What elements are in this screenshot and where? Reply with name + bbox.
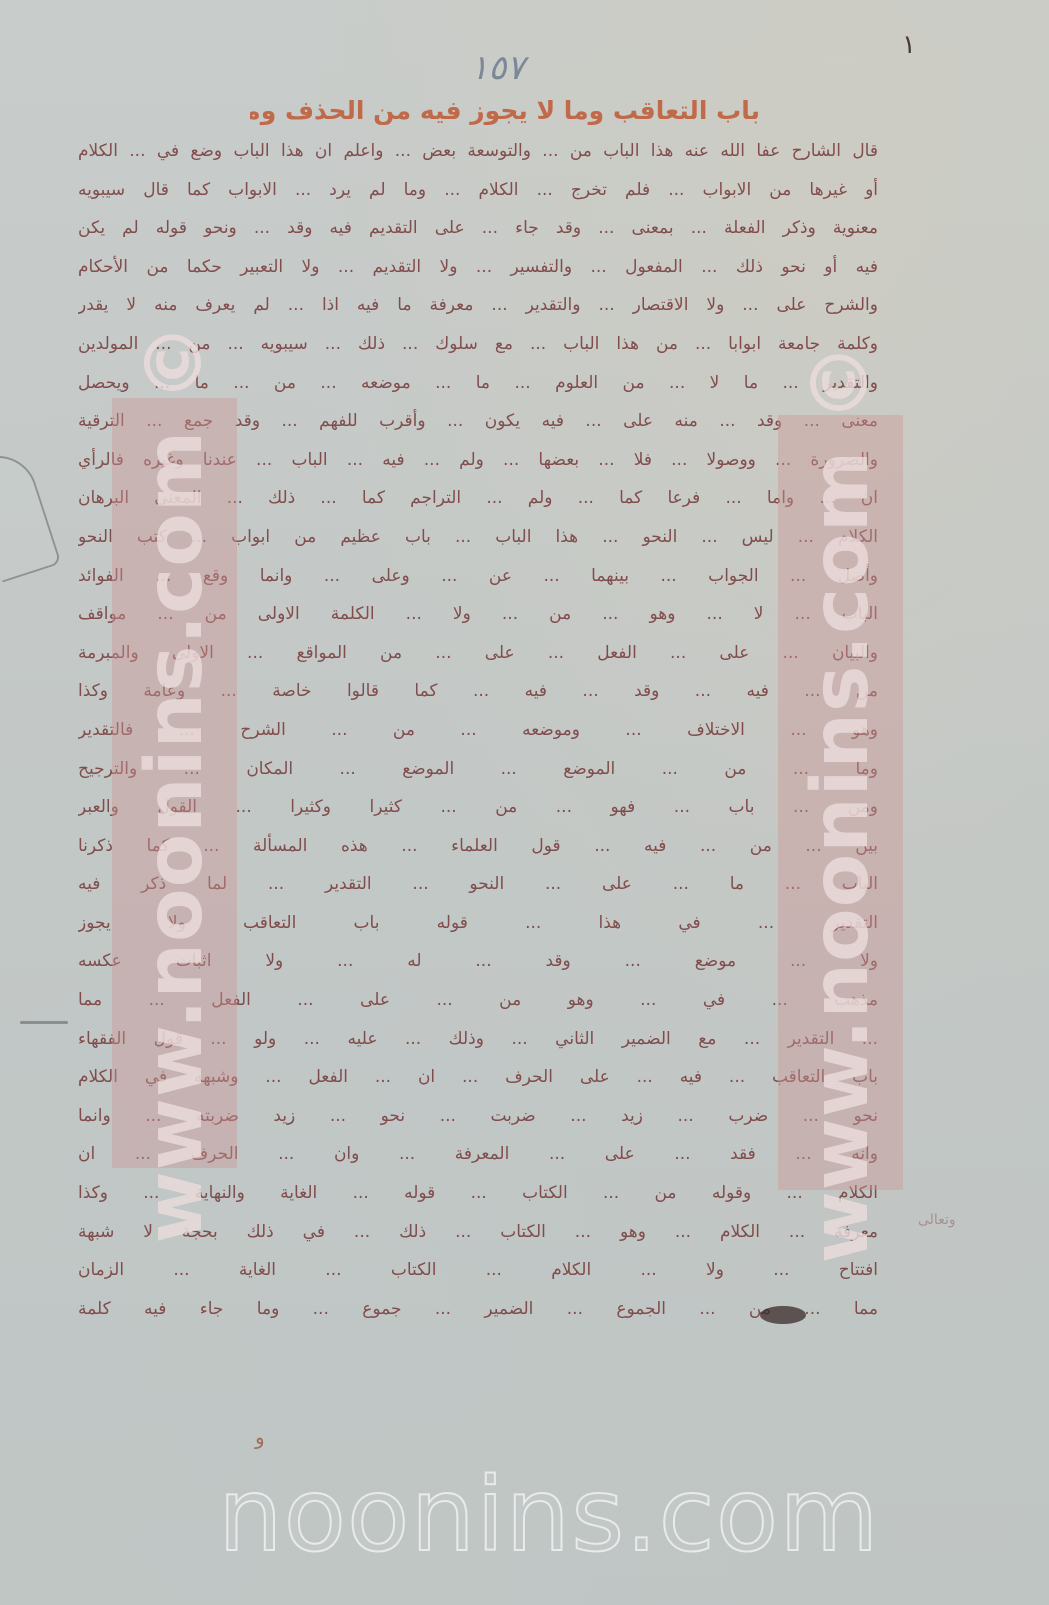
text-line: أو غيرها من الابواب ... فلم تخرج ... الك…	[78, 171, 878, 210]
watermark-text: www.noonins.com ©	[796, 342, 886, 1263]
footer-watermark: noonins.com	[218, 1465, 818, 1567]
margin-note: وتعالى	[918, 1212, 956, 1228]
ink-blot	[760, 1306, 806, 1324]
watermark-band-left: www.noonins.com ©	[112, 398, 237, 1168]
text-line: فيه أو نحو ذلك ... المفعول ... والتفسير …	[78, 248, 878, 287]
margin-dash-mark	[20, 1021, 68, 1024]
paper-tab-marker	[0, 445, 62, 582]
text-line: معنوية وذكر الفعلة ... بمعنى ... وقد جاء…	[78, 209, 878, 248]
text-line: مما ... من ... الجموع ... الضمير ... جمو…	[78, 1290, 878, 1329]
chapter-heading: باب التعاقب وما لا يجوز فيه من الحذف وما…	[250, 96, 760, 125]
catchword: و	[255, 1425, 265, 1449]
watermark-band-right: www.noonins.com ©	[778, 415, 903, 1190]
text-line: افتتاح ... ولا ... الكلام ... الكتاب ...…	[78, 1251, 878, 1290]
folio-mark: ١	[902, 30, 916, 60]
watermark-text: www.noonins.com ©	[130, 323, 220, 1244]
text-line: قال الشارح عفا الله عنه هذا الباب من ...…	[78, 132, 878, 171]
text-line: والشرح على ... ولا الاقتصار ... والتقدير…	[78, 286, 878, 325]
page-number: ١٥٧	[470, 48, 525, 88]
manuscript-page: ١ ١٥٧ باب التعاقب وما لا يجوز فيه من الح…	[0, 0, 1049, 1605]
